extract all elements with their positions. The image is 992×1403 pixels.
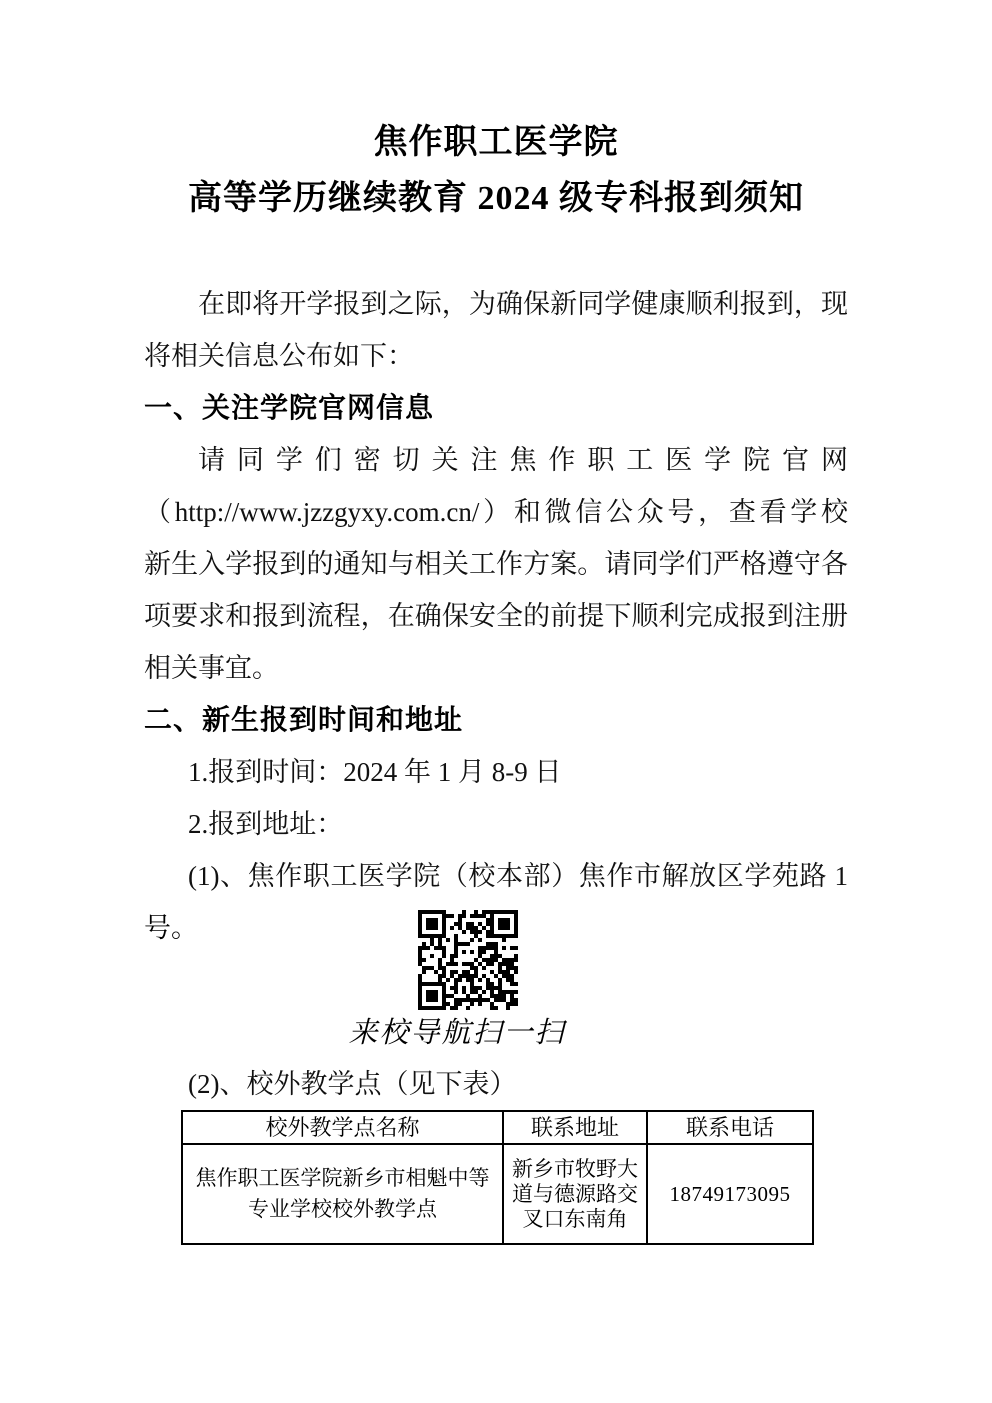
intro-line-2: 将相关信息公布如下： [144, 330, 848, 382]
table-header-row: 校外教学点名称 联系地址 联系电话 [182, 1111, 813, 1144]
title-line-1: 焦作职工医学院 [144, 115, 848, 171]
qr-caption-line: 来校导航扫一扫 [144, 1008, 848, 1058]
document-content: 焦作职工医学院 高等学历继续教育 2024 级专科报到须知 在即将开学报到之际，… [0, 115, 992, 1245]
table-header-phone: 联系电话 [647, 1111, 813, 1144]
campus-navigation-qr-icon [418, 910, 518, 1010]
document-page: 焦作职工医学院 高等学历继续教育 2024 级专科报到须知 在即将开学报到之际，… [0, 0, 992, 1403]
qr-code-line: 号。 [144, 902, 848, 1008]
address-1-line-1: (1)、焦作职工医学院（校本部）焦作市解放区学苑路 1 [144, 850, 848, 902]
table-header-address: 联系地址 [503, 1111, 647, 1144]
address-1-continuation: 号。 [144, 902, 198, 954]
document-title: 焦作职工医学院 高等学历继续教育 2024 级专科报到须知 [144, 115, 848, 227]
table-cell-address: 新乡市牧野大道与德源路交叉口东南角 [503, 1144, 647, 1244]
section-1-heading: 一、关注学院官网信息 [144, 382, 848, 434]
offsite-teaching-points-table: 校外教学点名称 联系地址 联系电话 焦作职工医学院新乡市相魁中等专业学校校外教学… [181, 1110, 814, 1245]
table-cell-phone: 18749173095 [647, 1144, 813, 1244]
title-line-2: 高等学历继续教育 2024 级专科报到须知 [144, 171, 848, 227]
table-cell-name: 焦作职工医学院新乡市相魁中等专业学校校外教学点 [182, 1144, 503, 1244]
section-1-line-5: 相关事宜。 [144, 642, 848, 694]
section-2-heading: 二、新生报到时间和地址 [144, 694, 848, 746]
report-address-item: 2.报到地址： [144, 798, 848, 850]
qr-caption: 来校导航扫一扫 [348, 1008, 565, 1058]
section-1-line-2: （http://www.jzzgyxy.com.cn/）和微信公众号，查看学校 [144, 486, 848, 538]
report-time-item: 1.报到时间：2024 年 1 月 8-9 日 [144, 746, 848, 798]
section-1-line-4: 项要求和报到流程，在确保安全的前提下顺利完成报到注册 [144, 590, 848, 642]
section-1-line-3: 新生入学报到的通知与相关工作方案。请同学们严格遵守各 [144, 538, 848, 590]
intro-line-1: 在即将开学报到之际，为确保新同学健康顺利报到，现 [144, 278, 848, 330]
section-1-line-1: 请同学们密切关注焦作职工医学院官网 [144, 434, 848, 486]
offsite-teaching-heading: (2)、校外教学点（见下表） [144, 1058, 848, 1110]
table-header-name: 校外教学点名称 [182, 1111, 503, 1144]
table-row: 焦作职工医学院新乡市相魁中等专业学校校外教学点 新乡市牧野大道与德源路交叉口东南… [182, 1144, 813, 1244]
